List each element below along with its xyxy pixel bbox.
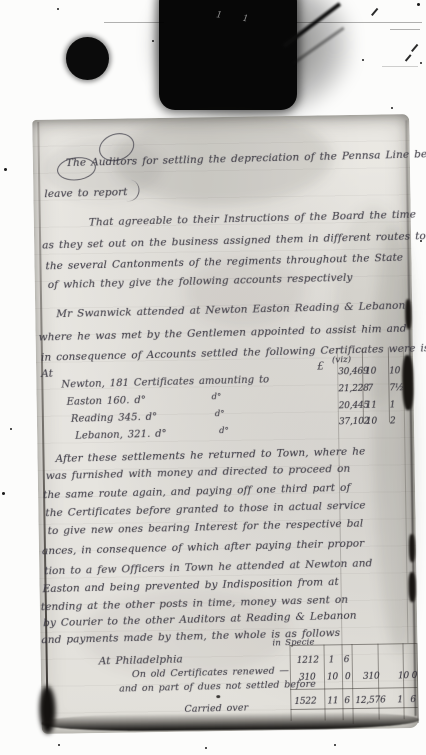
table2-rule (290, 707, 417, 710)
scan-speck (2, 492, 5, 495)
table1-row-label: Reading 345. d° (71, 412, 158, 425)
manuscript-line: leave to report (44, 186, 127, 200)
amount-shillings: 7 (367, 384, 373, 394)
total-pounds: 1522 (294, 697, 316, 708)
scan-speck (411, 44, 418, 52)
amount-pence: 7½ (389, 383, 403, 393)
table2-heading: At Philadelphia (99, 653, 183, 667)
table1-heading: At (41, 368, 53, 380)
scan-speck (152, 40, 154, 42)
amount-shillings: 10 (365, 367, 376, 377)
table2-column-rule (323, 644, 325, 720)
amount-shillings: 10 (327, 672, 338, 682)
total-pence-2: 6 (410, 695, 416, 705)
specie-note: in Specie (272, 637, 314, 648)
ditto-mark: d° (211, 392, 221, 402)
amount-pence: 6 (344, 655, 350, 665)
scan-speck (58, 744, 60, 746)
ditto-mark: d° (215, 409, 225, 419)
amount-pounds: 21,228 (338, 384, 369, 395)
manuscript-page: The Auditors for settling the depreciati… (32, 114, 419, 734)
amount-pounds: 37,102 (339, 417, 370, 428)
manuscript-line: to give new ones bearing Interest for th… (48, 517, 364, 537)
ink-blot (216, 695, 220, 698)
total-shillings: 11 (327, 696, 338, 706)
currency-symbol: £ (317, 359, 324, 372)
scan-speck (391, 107, 393, 109)
amount-shillings: 11 (366, 401, 377, 411)
amount-pence: 1 (390, 400, 396, 410)
table2-column-rule (351, 644, 353, 724)
scan-scratch (296, 22, 422, 23)
scan-scratch (390, 29, 420, 30)
scan-speck (417, 3, 420, 6)
manuscript-line: the Certificates before granted to those… (45, 499, 366, 519)
amount-sd-2: 10 0 (398, 671, 417, 681)
amount-pounds: 1212 (297, 655, 319, 666)
scan-scratch (104, 22, 164, 23)
manuscript-line: was furnished with money and directed to… (46, 463, 351, 482)
ditto-mark: d° (219, 426, 229, 436)
amount-shillings: 1 (329, 655, 335, 665)
total-shillings-2: 1 (397, 695, 403, 705)
manuscript-line: After these settlements he returned to T… (55, 445, 365, 465)
viz-note: (viz) (332, 355, 351, 365)
amount-pounds: 30,469 (338, 367, 369, 378)
scan-speck (57, 8, 59, 10)
scan-speck (205, 747, 207, 749)
table1-row-label: Newton, 181 Certificates amounting to (61, 374, 269, 390)
manuscript-line: ances, in consequence of which after pay… (42, 537, 365, 557)
scan-speck (334, 744, 336, 746)
table1-row-label: Lebanon, 321. d° (75, 429, 167, 442)
amount-pence: 0 (345, 672, 351, 682)
scan-speck (362, 59, 364, 61)
scan-scratch (382, 66, 418, 67)
amount-pounds: 20,445 (339, 401, 370, 412)
scan-speck (4, 168, 7, 171)
amount-pence: 10 (389, 366, 400, 376)
scan-speck (371, 8, 378, 16)
total-pence: 6 (344, 696, 350, 706)
total-pounds-2: 12,576 (355, 695, 386, 706)
amount-pence: 2 (390, 416, 396, 426)
table2-row-label: and on part of dues not settled before (119, 679, 316, 695)
amount-pounds: 310 (299, 673, 316, 683)
scan-speck (420, 62, 422, 64)
page-edge-blot (408, 572, 415, 602)
table1-row-label: Easton 160. d° (67, 395, 147, 408)
page-edge-blot (409, 534, 415, 562)
scan-speck (10, 428, 12, 430)
table2-column-rule (377, 644, 379, 720)
carried-over-label: Carried over (184, 702, 248, 715)
punch-hole-mark (66, 37, 109, 80)
table2-column-rule (416, 643, 418, 723)
amount-pounds-2: 310 (363, 672, 380, 682)
scan-speck (405, 54, 411, 61)
page-edge-bottom (42, 711, 419, 732)
manuscript-line: the same route again, and paying off one… (43, 482, 351, 502)
scanned-document-view: 1 1 The Audi (0, 0, 426, 755)
manuscript-line: tion to a few Officers in Town he attend… (44, 557, 372, 577)
amount-shillings: 10 (366, 417, 377, 427)
